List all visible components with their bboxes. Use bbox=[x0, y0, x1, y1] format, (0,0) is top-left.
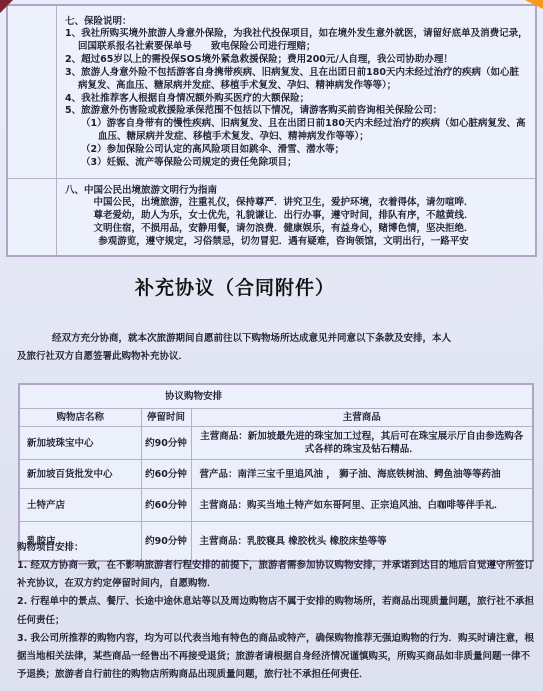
insurance-subitem: （3）妊娠、流产等保险公司规定的责任免除项目； bbox=[65, 157, 528, 170]
insurance-subitem: （2）参加保险公司认定的高风险项目如跳伞、滑雪、潜水等； bbox=[65, 144, 528, 157]
duration-cell: 约60分钟 bbox=[141, 489, 191, 522]
shop-name-cell: 土特产店 bbox=[19, 489, 141, 522]
column-header-duration: 停留时间 bbox=[141, 409, 191, 427]
duration-cell: 约90分钟 bbox=[141, 427, 191, 460]
insurance-item: 4、我社推荐客人根据自身情况额外购买医疗的大额保险； bbox=[65, 93, 528, 106]
table-row: 新加坡百货批发中心 约60分钟 营产品：南洋三宝千里追风油 ， 狮子油、海底铁树… bbox=[19, 460, 533, 489]
insurance-section-heading: 七、保险说明： bbox=[65, 15, 528, 28]
goods-cell: 主营商品：购买当地土特产如东哥阿里、正宗追风油、白咖啡等伴手礼． bbox=[191, 489, 533, 522]
conduct-line: 文明住宿，不损用品，安静用餐，请勿浪费．健康娱乐，有益身心，赌博色情，坚决拒绝． bbox=[65, 223, 528, 236]
table-row: 土特产店 约60分钟 主营商品：购买当地土特产如东哥阿里、正宗追风油、白咖啡等伴… bbox=[19, 489, 533, 522]
notes-item: 1. 经双方协商一致，在不影响旅游者行程安排的前提下，旅游者需参加协议购物安排，… bbox=[17, 557, 535, 593]
table-row: 新加坡珠宝中心 约90分钟 主营商品：新加坡最先进的珠宝加工过程，其后可在珠宝展… bbox=[19, 427, 533, 460]
insurance-item: 2、超过65岁以上的需投保SOS境外紧急救援保险；费用200元/人自理，我公司协… bbox=[65, 54, 528, 67]
conduct-section-heading: 八、中国公民出境旅游文明行为指南 bbox=[65, 184, 528, 197]
conduct-section-row: 八、中国公民出境旅游文明行为指南 中国公民，出境旅游，注重礼仪，保持尊严．讲究卫… bbox=[7, 178, 536, 255]
conduct-line: 中国公民，出境旅游，注重礼仪，保持尊严．讲究卫生，爱护环境，衣着得体，请勿喧哗． bbox=[65, 197, 528, 210]
conduct-line: 尊老爱幼，助人为乐，女士优先，礼貌谦让．出行办事，遵守时间，排队有序，不越黄线． bbox=[65, 210, 528, 223]
notes-item: 3. 我公司所推荐的购物内容，均为可以代表当地有特色的商品或特产，确保购物推荐无… bbox=[17, 630, 535, 685]
terms-table-gutter-cell bbox=[7, 178, 57, 255]
goods-cell: 主营商品：新加坡最先进的珠宝加工过程，其后可在珠宝展示厅自由参选购各式各样的珠宝… bbox=[191, 427, 533, 460]
insurance-section-row: 七、保险说明： 1、我社所购买境外旅游人身意外保险，为我社代投保项目，如在境外发… bbox=[7, 5, 536, 178]
notes-heading: 购物项目安排： bbox=[17, 541, 535, 555]
shop-name-cell: 新加坡珠宝中心 bbox=[19, 427, 141, 460]
column-header-goods: 主营商品 bbox=[191, 409, 533, 427]
page-corner-decoration-right-icon bbox=[525, 0, 543, 9]
shopping-table-header-row: 购物店名称 停留时间 主营商品 bbox=[19, 409, 533, 427]
shopping-table-caption: 协议购物安排 bbox=[19, 384, 533, 409]
shopping-table-caption-row: 协议购物安排 bbox=[19, 384, 533, 409]
conduct-section-cell: 八、中国公民出境旅游文明行为指南 中国公民，出境旅游，注重礼仪，保持尊严．讲究卫… bbox=[57, 178, 537, 255]
goods-cell: 营产品：南洋三宝千里追风油 ， 狮子油、海底铁树油、鳄鱼油等等药油 bbox=[191, 460, 533, 489]
page-corner-decoration-left-icon bbox=[0, 0, 13, 13]
insurance-item: 1、我社所购买境外旅游人身意外保险，为我社代投保项目，如在境外发生意外就医，请留… bbox=[65, 28, 528, 54]
duration-cell: 约60分钟 bbox=[141, 460, 191, 489]
supplement-title: 补充协议（合同附件） bbox=[0, 276, 470, 300]
terms-table-gutter-cell bbox=[7, 5, 57, 178]
shop-name-cell: 新加坡百货批发中心 bbox=[19, 460, 141, 489]
shopping-notes-section: 购物项目安排： 1. 经双方协商一致，在不影响旅游者行程安排的前提下，旅游者需参… bbox=[17, 541, 535, 684]
supplement-intro-paragraph: 经双方充分协商，就本次旅游期间自愿前往以下购物场所达成意见并同意以下条款及安排，… bbox=[17, 330, 454, 365]
insurance-item: 3、旅游人身意外险不包括游客自身携带疾病、旧病复发、且在出团日前180天内未经过… bbox=[65, 67, 528, 93]
shopping-agreement-table: 协议购物安排 购物店名称 停留时间 主营商品 新加坡珠宝中心 约90分钟 主营商… bbox=[18, 383, 534, 562]
insurance-item: 5、旅游意外伤害险或救援险承保范围不包括以下情况，请游客购买前咨询相关保险公司： bbox=[65, 105, 528, 118]
conduct-line: 参观游览，遵守规定，习俗禁忌，切勿冒犯．遇有疑难，咨询领馆，文明出行，一路平安 bbox=[65, 236, 528, 249]
contract-page: 七、保险说明： 1、我社所购买境外旅游人身意外保险，为我社代投保项目，如在境外发… bbox=[0, 0, 543, 691]
column-header-shop-name: 购物店名称 bbox=[19, 409, 141, 427]
insurance-section-cell: 七、保险说明： 1、我社所购买境外旅游人身意外保险，为我社代投保项目，如在境外发… bbox=[57, 5, 537, 178]
terms-table: 七、保险说明： 1、我社所购买境外旅游人身意外保险，为我社代投保项目，如在境外发… bbox=[6, 4, 537, 257]
insurance-subitem: （1）游客自身带有的慢性疾病、旧病复发、且在出团日前180天内未经过治疗的疾病（… bbox=[65, 118, 528, 144]
notes-item: 2. 行程单中的景点、餐厅、长途中途休息站等以及周边购物店不属于安排的购物场所，… bbox=[17, 593, 535, 629]
